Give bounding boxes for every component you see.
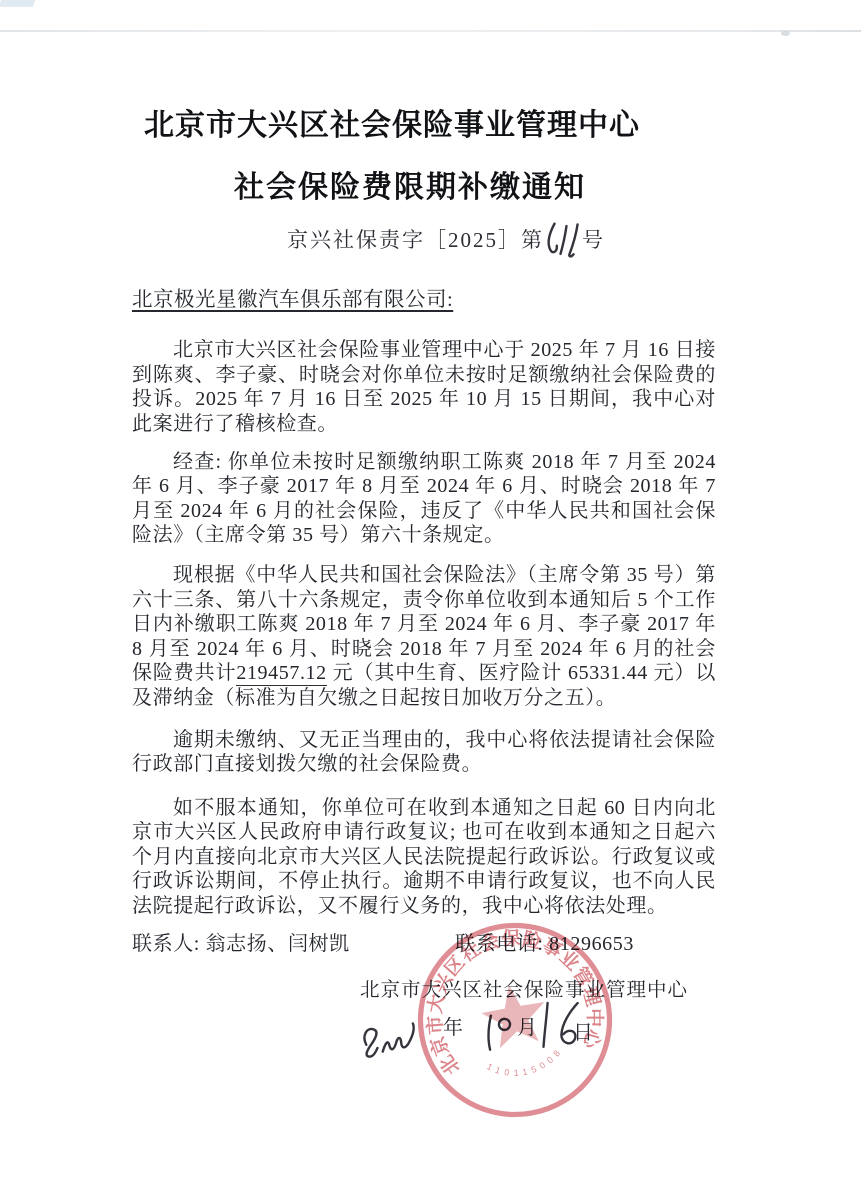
document-content: 北京市大兴区社会保险事业管理中心 社会保险费限期补缴通知 京兴社保责字［2025… <box>132 0 716 1082</box>
contact-phone-label: 联系电话: <box>455 933 549 955</box>
doc-number-prefix: 京兴社保责字［2025］第 <box>287 228 544 252</box>
paragraph-2: 经查: 你单位未按时足额缴纳职工陈爽 2018 年 7 月至 2024 年 6 … <box>132 450 716 548</box>
handwritten-serial-number <box>541 219 588 261</box>
org-title: 北京市大兴区社会保险事业管理中心 <box>100 110 684 142</box>
paragraph-1: 北京市大兴区社会保险事业管理中心于 2025 年 7 月 16 日接到陈爽、李子… <box>132 338 716 436</box>
scan-artifact-corner <box>0 0 35 7</box>
contact-phone-number: 81296653 <box>549 933 634 955</box>
month-label: 月 <box>517 1016 537 1041</box>
paragraph-4: 逾期未缴纳、又无正当理由的，我中心将依法提请社会保险行政部门直接划拨欠缴的社会保… <box>132 728 716 777</box>
paragraph-5: 如不服本通知，你单位可在收到本通知之日起 60 日内向北京市大兴区人民政府申请行… <box>132 796 716 919</box>
signature-org: 北京市大兴区社会保险事业管理中心 <box>132 978 716 1003</box>
doc-title: 社会保险费限期补缴通知 <box>118 172 702 204</box>
body-text: 北京市大兴区社会保险事业管理中心于 2025 年 7 月 16 日接到陈爽、李子… <box>132 338 716 918</box>
document-page: 北京市大兴区社会保险事业管理中心 社会保险费限期补缴通知 京兴社保责字［2025… <box>0 0 861 1183</box>
scan-artifact-speck <box>781 31 790 36</box>
addressee: 北京极光星徽汽车俱乐部有限公司: <box>132 287 716 313</box>
signature-date-line: 年 月 日 <box>132 1012 716 1082</box>
contact-person: 联系人: 翁志扬、闫树凯 <box>132 933 350 955</box>
day-label: 日 <box>573 1021 593 1046</box>
contact-person-label: 联系人: <box>132 933 206 955</box>
contact-person-names: 翁志扬、闫树凯 <box>206 933 350 955</box>
handwritten-year <box>357 1016 455 1063</box>
handwritten-month <box>479 1009 515 1056</box>
amount-underlined: 219457.12 <box>236 662 326 686</box>
doc-number: 京兴社保责字［2025］第 号 <box>154 227 738 256</box>
year-label: 年 <box>443 1016 463 1041</box>
contact-phone: 联系电话: 81296653 <box>455 932 634 957</box>
contact-row: 联系人: 翁志扬、闫树凯 联系电话: 81296653 <box>132 932 716 957</box>
paragraph-3: 现根据《中华人民共和国社会保险法》（主席令第 35 号）第六十三条、第八十六条规… <box>132 563 716 711</box>
